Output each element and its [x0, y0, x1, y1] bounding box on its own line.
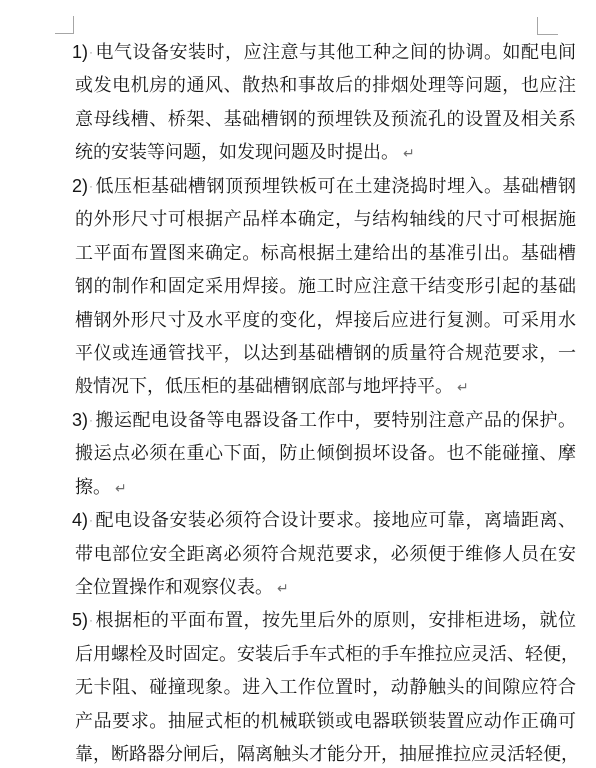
space-formatting-mark: · [88, 413, 95, 427]
doc-line[interactable]: 4)·配电设备安装必须符合设计要求。接地应可靠，离墙距离、 [72, 504, 580, 537]
line-text: 低压柜基础槽钢顶预埋铁板可在土建浇捣时埋入。基础槽钢 [95, 176, 576, 196]
doc-line[interactable]: 搬运点必须在重心下面，防止倾倒损坏设备。也不能碰撞、摩 [72, 437, 580, 470]
line-text: 工平面布置图来确定。标高根据土建给出的基准引出。基础槽 [75, 243, 576, 263]
paragraph-mark: ↵ [403, 145, 415, 161]
doc-line[interactable]: 钢的制作和固定采用焊接。施工时应注意干结变形引起的基础 [72, 270, 580, 303]
doc-line[interactable]: 般情况下，低压柜的基础槽钢底部与地坪持平。↵ [72, 370, 580, 403]
line-text: 配电设备安装必须符合设计要求。接地应可靠，离墙距离、 [95, 510, 576, 530]
line-text: 擦。 [75, 477, 111, 497]
line-text: 搬运配电设备等电器设备工作中，要特别注意产品的保护。 [95, 410, 576, 430]
list-number: 3) [72, 410, 88, 430]
line-text: 根据柜的平面布置，按先里后外的原则，安排柜进场，就位 [95, 610, 576, 630]
line-text: 钢的制作和固定采用焊接。施工时应注意干结变形引起的基础 [75, 276, 576, 296]
doc-line[interactable]: 全位置操作和观察仪表。↵ [72, 571, 580, 604]
doc-line[interactable]: 1)·电气设备安装时，应注意与其他工种之间的协调。如配电间 [72, 36, 580, 69]
list-number: 5) [72, 610, 88, 630]
line-text: 般情况下，低压柜的基础槽钢底部与地坪持平。 [75, 376, 453, 396]
list-number: 1) [72, 42, 88, 62]
doc-line[interactable]: 或发电机房的通风、散热和事故后的排烟处理等问题，也应注 [72, 69, 580, 102]
line-text: 的外形尺寸可根据产品样本确定，与结构轴线的尺寸可根据施 [75, 209, 576, 229]
paragraph-mark: ↵ [115, 480, 127, 496]
paragraph-mark: ↵ [457, 379, 469, 395]
line-text: 电气设备安装时，应注意与其他工种之间的协调。如配电间 [95, 42, 576, 62]
doc-line[interactable]: 靠，断路器分闸后，隔离触头才能分开，抽屉推拉应灵活轻便， [72, 738, 580, 768]
doc-line[interactable]: 平仪或连通管找平，以达到基础槽钢的质量符合规范要求，一 [72, 337, 580, 370]
doc-line[interactable]: 5)·根据柜的平面布置，按先里后外的原则，安排柜进场，就位 [72, 604, 580, 637]
space-formatting-mark: · [88, 513, 95, 527]
paragraph-mark: ↵ [277, 580, 289, 596]
space-formatting-mark: · [88, 613, 95, 627]
list-number: 2) [72, 176, 88, 196]
line-text: 产品要求。抽屉式柜的机械联锁或电器联锁装置应动作正确可 [75, 711, 576, 731]
line-text: 无卡阻、碰撞现象。进入工作位置时，动静触头的间隙应符合 [75, 677, 576, 697]
doc-line[interactable]: 擦。↵ [72, 471, 580, 504]
document-page[interactable]: 1)·电气设备安装时，应注意与其他工种之间的协调。如配电间 或发电机房的通风、散… [0, 0, 596, 768]
line-text: 平仪或连通管找平，以达到基础槽钢的质量符合规范要求，一 [75, 343, 576, 363]
document-text-area[interactable]: 1)·电气设备安装时，应注意与其他工种之间的协调。如配电间 或发电机房的通风、散… [72, 36, 580, 768]
doc-line[interactable]: 工平面布置图来确定。标高根据土建给出的基准引出。基础槽 [72, 237, 580, 270]
doc-line[interactable]: 统的安装等问题，如发现问题及时提出。↵ [72, 136, 580, 169]
doc-line[interactable]: 的外形尺寸可根据产品样本确定，与结构轴线的尺寸可根据施 [72, 203, 580, 236]
line-text: 搬运点必须在重心下面，防止倾倒损坏设备。也不能碰撞、摩 [75, 443, 576, 463]
doc-line[interactable]: 产品要求。抽屉式柜的机械联锁或电器联锁装置应动作正确可 [72, 705, 580, 738]
list-number: 4) [72, 510, 88, 530]
doc-line[interactable]: 后用螺栓及时固定。安装后手车式柜的手车推拉应灵活、轻便， [72, 638, 580, 671]
space-formatting-mark: · [88, 179, 95, 193]
line-text: 后用螺栓及时固定。安装后手车式柜的手车推拉应灵活、轻便， [75, 644, 579, 664]
line-text: 意母线槽、桥架、基础槽钢的预埋铁及预流孔的设置及相关系 [75, 109, 576, 129]
text-boundary-corner-mark-left [55, 16, 74, 34]
doc-line[interactable]: 意母线槽、桥架、基础槽钢的预埋铁及预流孔的设置及相关系 [72, 103, 580, 136]
line-text: 全位置操作和观察仪表。 [75, 577, 273, 597]
doc-line[interactable]: 带电部位安全距离必须符合规范要求，必须便于维修人员在安 [72, 538, 580, 571]
line-text: 或发电机房的通风、散热和事故后的排烟处理等问题，也应注 [75, 75, 576, 95]
doc-line[interactable]: 无卡阻、碰撞现象。进入工作位置时，动静触头的间隙应符合 [72, 671, 580, 704]
doc-line[interactable]: 3)·搬运配电设备等电器设备工作中，要特别注意产品的保护。 [72, 404, 580, 437]
doc-line[interactable]: 槽钢外形尺寸及水平度的变化，焊接后应进行复测。可采用水 [72, 304, 580, 337]
line-text: 统的安装等问题，如发现问题及时提出。 [75, 142, 399, 162]
line-text: 槽钢外形尺寸及水平度的变化，焊接后应进行复测。可采用水 [75, 310, 576, 330]
space-formatting-mark: · [88, 45, 95, 59]
line-text: 带电部位安全距离必须符合规范要求，必须便于维修人员在安 [75, 544, 576, 564]
doc-line[interactable]: 2)·低压柜基础槽钢顶预埋铁板可在土建浇捣时埋入。基础槽钢 [72, 170, 580, 203]
text-boundary-corner-mark-right [537, 17, 558, 35]
line-text: 靠，断路器分闸后，隔离触头才能分开，抽屉推拉应灵活轻便， [75, 744, 579, 764]
